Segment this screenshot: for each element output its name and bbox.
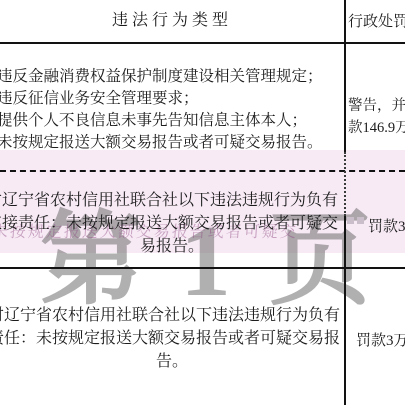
violation-line: 直接责任：未按规定报送大额交易报告或者可疑交 — [0, 214, 338, 234]
header-violation-type: 违法行为类型 — [0, 11, 344, 31]
violation-line: 提供个人不良信息未事先告知信息主体本人； — [0, 111, 307, 131]
column-divider-line — [344, 0, 346, 152]
violation-line: 告。 — [0, 352, 344, 372]
violation-line: 直接责任：未按规定报送大额交易报告或者可疑交易报 — [0, 329, 340, 349]
violation-line: 对辽宁省农村信用社联合社以下违法违规行为负有 — [0, 306, 340, 326]
violation-line: 违反金融消费权益保护制度建设相关管理规定； — [0, 67, 323, 87]
watermark-fragment — [347, 217, 354, 224]
penalty-line: 罚款3.5 — [368, 217, 405, 237]
header-penalty: 行政处罚 — [348, 12, 405, 32]
penalty-line: 罚款3万 — [356, 331, 405, 351]
violation-line: 易报告。 — [0, 237, 344, 257]
watermark-fragment — [357, 217, 364, 224]
penalty-line: 警告，并处 — [348, 96, 405, 116]
penalty-line: 款146.9万 — [348, 118, 405, 138]
column-divider-dotted-segment — [344, 152, 346, 216]
column-divider-line — [344, 216, 346, 405]
violation-line: 对辽宁省农村信用社联合社以下违法违规行为负有 — [0, 191, 338, 211]
violation-line: 违反征信业务安全管理要求； — [0, 89, 199, 109]
document-page: 第1页 未按规定报送大额交易报告或者可疑交 违法行为类型 行政处罚 违反金融消费… — [0, 0, 405, 405]
violation-line: 未按规定报送大额交易报告或者可疑交易报告。 — [0, 133, 323, 153]
